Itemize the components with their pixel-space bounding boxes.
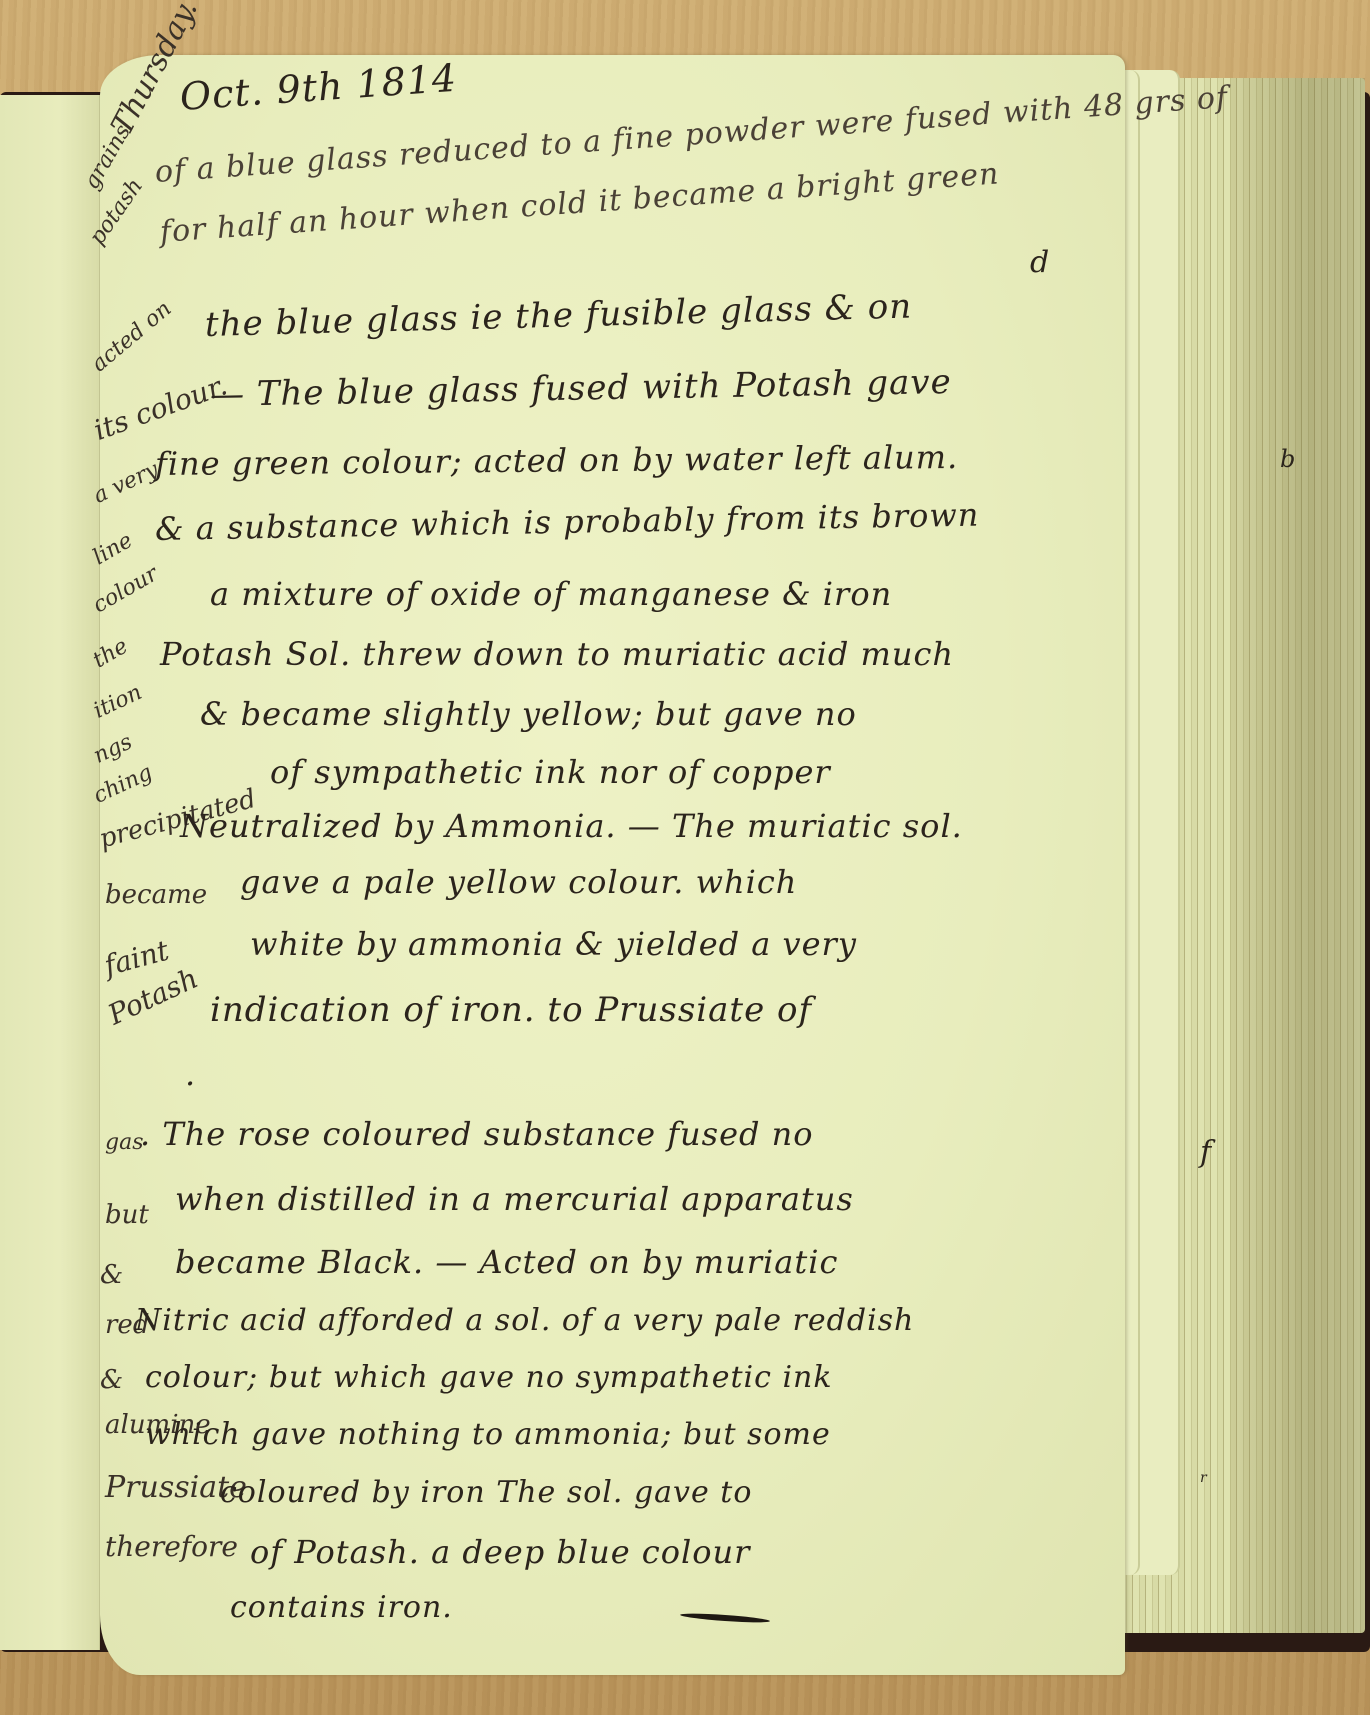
text-line: the blue glass ie the fusible glass & on [204, 286, 912, 345]
text-line: became Black. — Acted on by muriatic [175, 1243, 838, 1281]
text-line: . [185, 1055, 196, 1093]
left-facing-page [0, 95, 100, 1650]
margin-note: & [100, 1365, 123, 1395]
text-line: Nitric acid afforded a sol. of a very pa… [135, 1303, 914, 1338]
margin-mark: f [1200, 1135, 1211, 1170]
margin-mark: r [1200, 1470, 1207, 1486]
text-line: & became slightly yellow; but gave no [200, 695, 857, 733]
text-line: gave a pale yellow colour. which [240, 863, 797, 901]
text-line: contains iron. [230, 1590, 453, 1625]
text-line: indication of iron. to Prussiate of [210, 990, 812, 1030]
text-line: of Potash. a deep blue colour [250, 1533, 750, 1571]
margin-note: therefore [105, 1530, 238, 1563]
text-line: white by ammonia & yielded a very [250, 925, 857, 963]
manuscript-text: Thursday. Oct. 9th 1814 grains potash ac… [100, 55, 1125, 1675]
margin-note: acted on [87, 296, 176, 377]
text-line: fine green colour; acted on by water lef… [155, 438, 959, 483]
margin-note: became [105, 880, 207, 910]
margin-note: colour [89, 561, 163, 618]
text-line: a mixture of oxide of manganese & iron [210, 575, 892, 613]
text-line: coloured by iron The sol. gave to [220, 1475, 752, 1510]
text-line: — The blue glass fused with Potash gave [210, 362, 952, 415]
text-line: colour; but which gave no sympathetic in… [145, 1360, 833, 1395]
heading-date: Oct. 9th 1814 [178, 56, 458, 119]
margin-mark: b [1280, 445, 1295, 473]
text-line: which gave nothing to ammonia; but some [145, 1417, 831, 1452]
margin-note: & [100, 1260, 123, 1290]
margin-note: a very [90, 457, 163, 509]
text-line: Neutralized by Ammonia. — The muriatic s… [180, 807, 963, 845]
text-line: Potash Sol. threw down to muriatic acid … [160, 635, 954, 673]
text-line: of sympathetic ink nor of copper [270, 753, 831, 791]
ink-dash [680, 1612, 770, 1624]
text-line: when distilled in a mercurial apparatus [175, 1180, 854, 1218]
margin-mark: d [1030, 245, 1049, 280]
margin-note: but [105, 1200, 149, 1230]
text-line: & a substance which is probably from its… [155, 496, 980, 548]
page-edge-shadow [1230, 78, 1365, 1633]
text-line: . The rose coloured substance fused no [140, 1115, 814, 1153]
margin-note: gas [105, 1130, 144, 1155]
